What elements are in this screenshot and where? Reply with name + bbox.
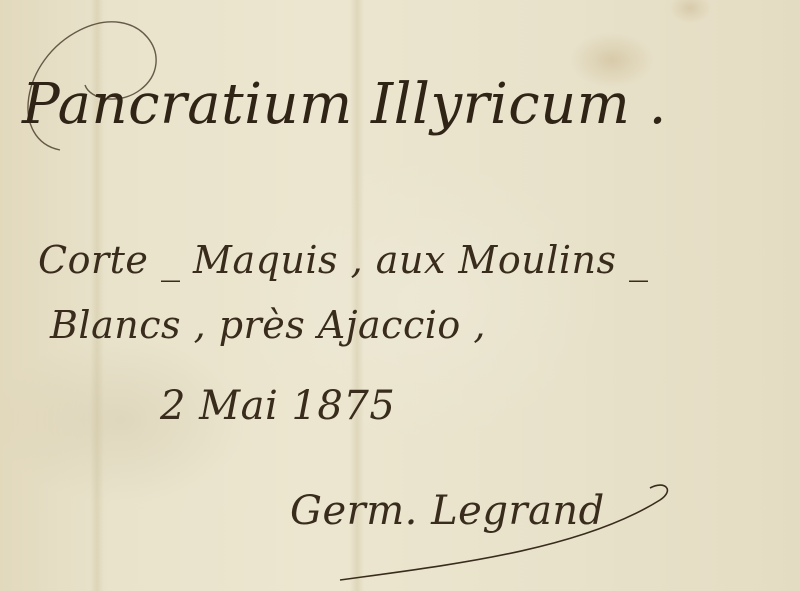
collection-date: 2 Mai 1875 <box>160 383 395 429</box>
signature-underline-flourish <box>300 470 680 590</box>
herbarium-label-page: Pancratium Illyricum . Corte _ Maquis , … <box>0 0 800 591</box>
species-name-heading: Pancratium Illyricum . <box>22 72 667 137</box>
collection-location-line-1: Corte _ Maquis , aux Moulins _ <box>38 238 649 282</box>
collection-location-line-2: Blancs , près Ajaccio , <box>50 303 486 347</box>
